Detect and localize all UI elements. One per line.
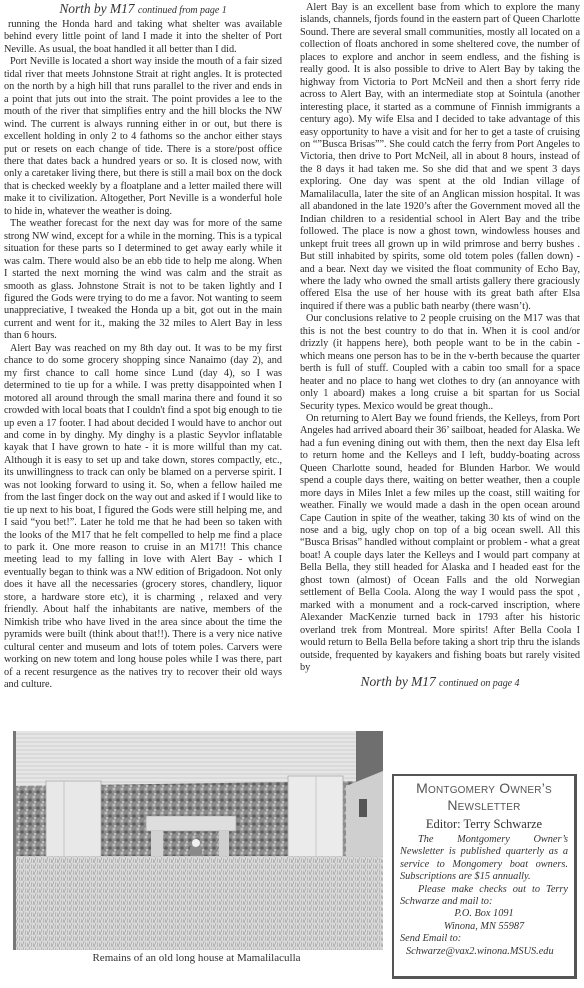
continued-on-note: continued on page 4 bbox=[439, 678, 519, 689]
photo-caption: Remains of an old long house at Mamalila… bbox=[13, 952, 380, 964]
article-paragraph: Our conclusions relative to 2 people cru… bbox=[300, 313, 580, 413]
article-paragraph: running the Honda hard and taking what s… bbox=[4, 19, 282, 56]
article-title: North by M17 bbox=[59, 1, 134, 16]
newsletter-checks-note: Please make checks out to Terry Schwarze… bbox=[400, 884, 568, 909]
continued-from-header: North by M17 continued from page 1 bbox=[4, 2, 282, 18]
article-left-column: North by M17 continued from page 1 runni… bbox=[4, 2, 282, 691]
newsletter-info-box: Montgomery Owner’s Newsletter Editor: Te… bbox=[392, 774, 577, 979]
continued-on-footer: North by M17 continued on page 4 bbox=[300, 674, 580, 691]
newsletter-editor: Editor: Terry Schwarze bbox=[400, 816, 568, 832]
mailing-address-line1: P.O. Box 1091 bbox=[400, 908, 568, 920]
article-paragraph: On returning to Alert Bay we found frien… bbox=[300, 413, 580, 675]
article-right-column: Alert Bay is an excellent base from whic… bbox=[300, 2, 580, 691]
email-label: Send Email to: bbox=[400, 933, 568, 945]
longhouse-photo bbox=[13, 731, 383, 950]
article-paragraph: Alert Bay was reached on my 8th day out.… bbox=[4, 343, 282, 692]
article-title: North by M17 bbox=[361, 674, 436, 689]
newsletter-info-body: The Montgomery Owner’s Newsletter is pub… bbox=[400, 834, 568, 958]
article-paragraph: The weather forecast for the next day wa… bbox=[4, 218, 282, 343]
longhouse-photo-image bbox=[16, 731, 383, 950]
article-paragraph: Port Neville is located a short way insi… bbox=[4, 56, 282, 218]
newsletter-title: Montgomery Owner’s Newsletter bbox=[400, 780, 568, 814]
newsletter-description: The Montgomery Owner’s Newsletter is pub… bbox=[400, 834, 568, 884]
mailing-address-line2: Winona, MN 55987 bbox=[400, 921, 568, 933]
email-address: Schwarze@vax2.winona.MSUS.edu bbox=[400, 946, 568, 958]
article-paragraph: Alert Bay is an excellent base from whic… bbox=[300, 2, 580, 313]
continued-from-note: continued from page 1 bbox=[138, 5, 227, 16]
